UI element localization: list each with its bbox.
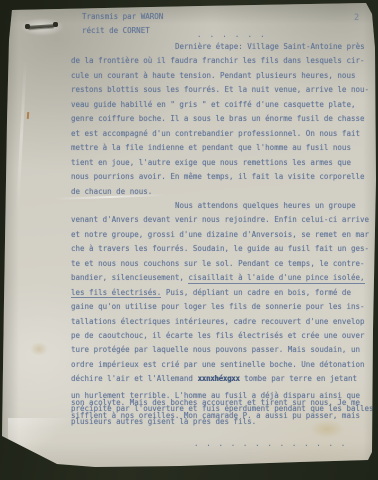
typed-line: genre coiffure boche. Il a sous le bras …: [71, 115, 365, 123]
typed-line: te et nous nous couchons sur le sol. Pen…: [71, 260, 365, 268]
typed-line: Nous attendons quelques heures un groupe: [71, 202, 356, 210]
staple-icon: [20, 18, 64, 36]
corner-fold: [8, 418, 78, 458]
end-separator-dots: . . . . . . . . . . . . .: [194, 439, 347, 448]
typed-line: nous pourrions avoir. En même temps, il …: [71, 173, 365, 181]
transmitted-by-line: Transmis par WARON: [82, 12, 163, 21]
typed-line: venant d'Anvers devant venir nous rejoin…: [71, 216, 369, 224]
typed-line: de chacun de nous.: [71, 188, 152, 196]
typed-line: ture protégée par laquelle nous pouvons …: [71, 346, 360, 354]
record-title-line: récit de CORNET: [82, 26, 150, 35]
typed-line: cule un courant à haute tension. Pendant…: [71, 72, 355, 80]
typed-line: et notre groupe, grossi d'une dizaine d'…: [71, 231, 369, 239]
page-number: 2: [354, 13, 359, 23]
typed-line: déchire l'air et l'Allemand xxnxhéxgxx t…: [71, 375, 357, 383]
typed-line: et est accompagné d'un contrebandier pro…: [71, 130, 360, 138]
typed-line: veau guide habillé en " gris " et coiffé…: [71, 101, 355, 109]
typed-line: restons blottis sous les fourrés. Et la …: [71, 86, 369, 94]
typed-line: pe de caoutchouc, il écarte les fils éle…: [71, 332, 365, 340]
typed-line: che à travers les fourrés. Soudain, le g…: [71, 245, 369, 253]
typed-line: de la frontière où il faudra franchir le…: [71, 57, 365, 65]
typed-body: Dernière étape: Village Saint-Antoine pr…: [71, 43, 378, 443]
header-separator-dots: . . . . . .: [197, 30, 266, 39]
typed-line: tient en joue, l'autre exige que nous re…: [71, 159, 351, 167]
scan-background: Transmis par WARON récit de CORNET 2 . .…: [0, 0, 378, 480]
typed-line: bandier, silencieusement, cisaillait à l…: [71, 274, 365, 282]
typed-line: les fils électrisés. Puis, dépliant un c…: [71, 289, 351, 297]
typed-line: mettre à la file indienne et pendant que…: [71, 144, 351, 152]
rust-mark: [27, 112, 29, 119]
paper-crease: [16, 60, 27, 210]
typed-line: tallations électriques intérieures, cadr…: [71, 318, 365, 326]
paper-stain: [30, 342, 48, 356]
typed-line: gaine qu'on utilise pour loger les fils …: [71, 303, 365, 311]
typed-line: plusieurs autres gisent là près des fils…: [71, 418, 256, 426]
typed-line: ordre impérieux est crié par une sentine…: [71, 361, 365, 369]
typed-line: Dernière étape: Village Saint-Antoine pr…: [71, 43, 365, 51]
scanned-document-page: Transmis par WARON récit de CORNET 2 . .…: [0, 0, 378, 480]
